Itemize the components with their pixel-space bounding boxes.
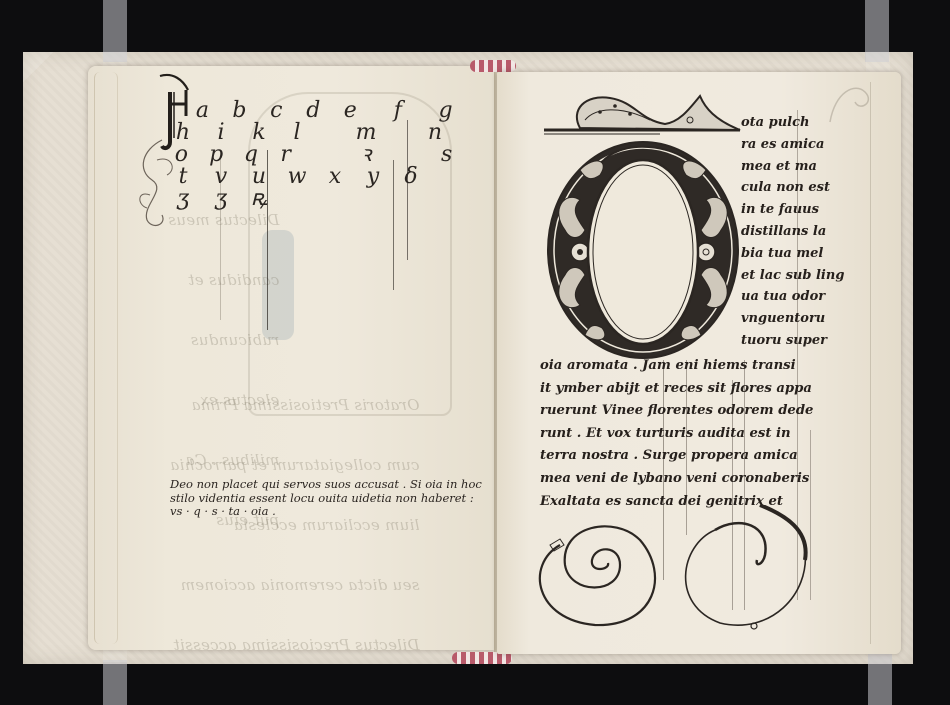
spiral-flourish-icon: [520, 505, 840, 635]
sewing-thread: [470, 60, 516, 72]
decorated-initial-o-icon: [540, 90, 750, 365]
alphabet-specimen: a b c d e f g h i k l m n o p q r ꝛ s t …: [164, 100, 464, 210]
alphabet-row: ʒ ʒ ꝶ: [164, 188, 464, 210]
alphabet-row: h i k l m n: [164, 122, 464, 144]
show-through-text: Oratoris Pretiosissima Prima cum collegi…: [170, 355, 419, 695]
alphabet-row: t v u w x y ẟ: [164, 166, 464, 188]
right-page-column-text: ota pulch ra es amica mea et ma cula non…: [741, 112, 861, 352]
manuscript-photo: Dilectus meus candidus et rubicundus ele…: [0, 0, 950, 705]
right-page-body-text: oia aromata . Jam eni hiems transi it ym…: [540, 355, 870, 513]
support-strap: [103, 660, 127, 705]
alphabet-row: o p q r ꝛ s: [164, 144, 464, 166]
support-strap: [868, 650, 892, 705]
left-page-footnote: Deo non placet qui servos suos accusat .…: [170, 478, 470, 519]
alphabet-row: a b c d e f g: [164, 100, 464, 122]
